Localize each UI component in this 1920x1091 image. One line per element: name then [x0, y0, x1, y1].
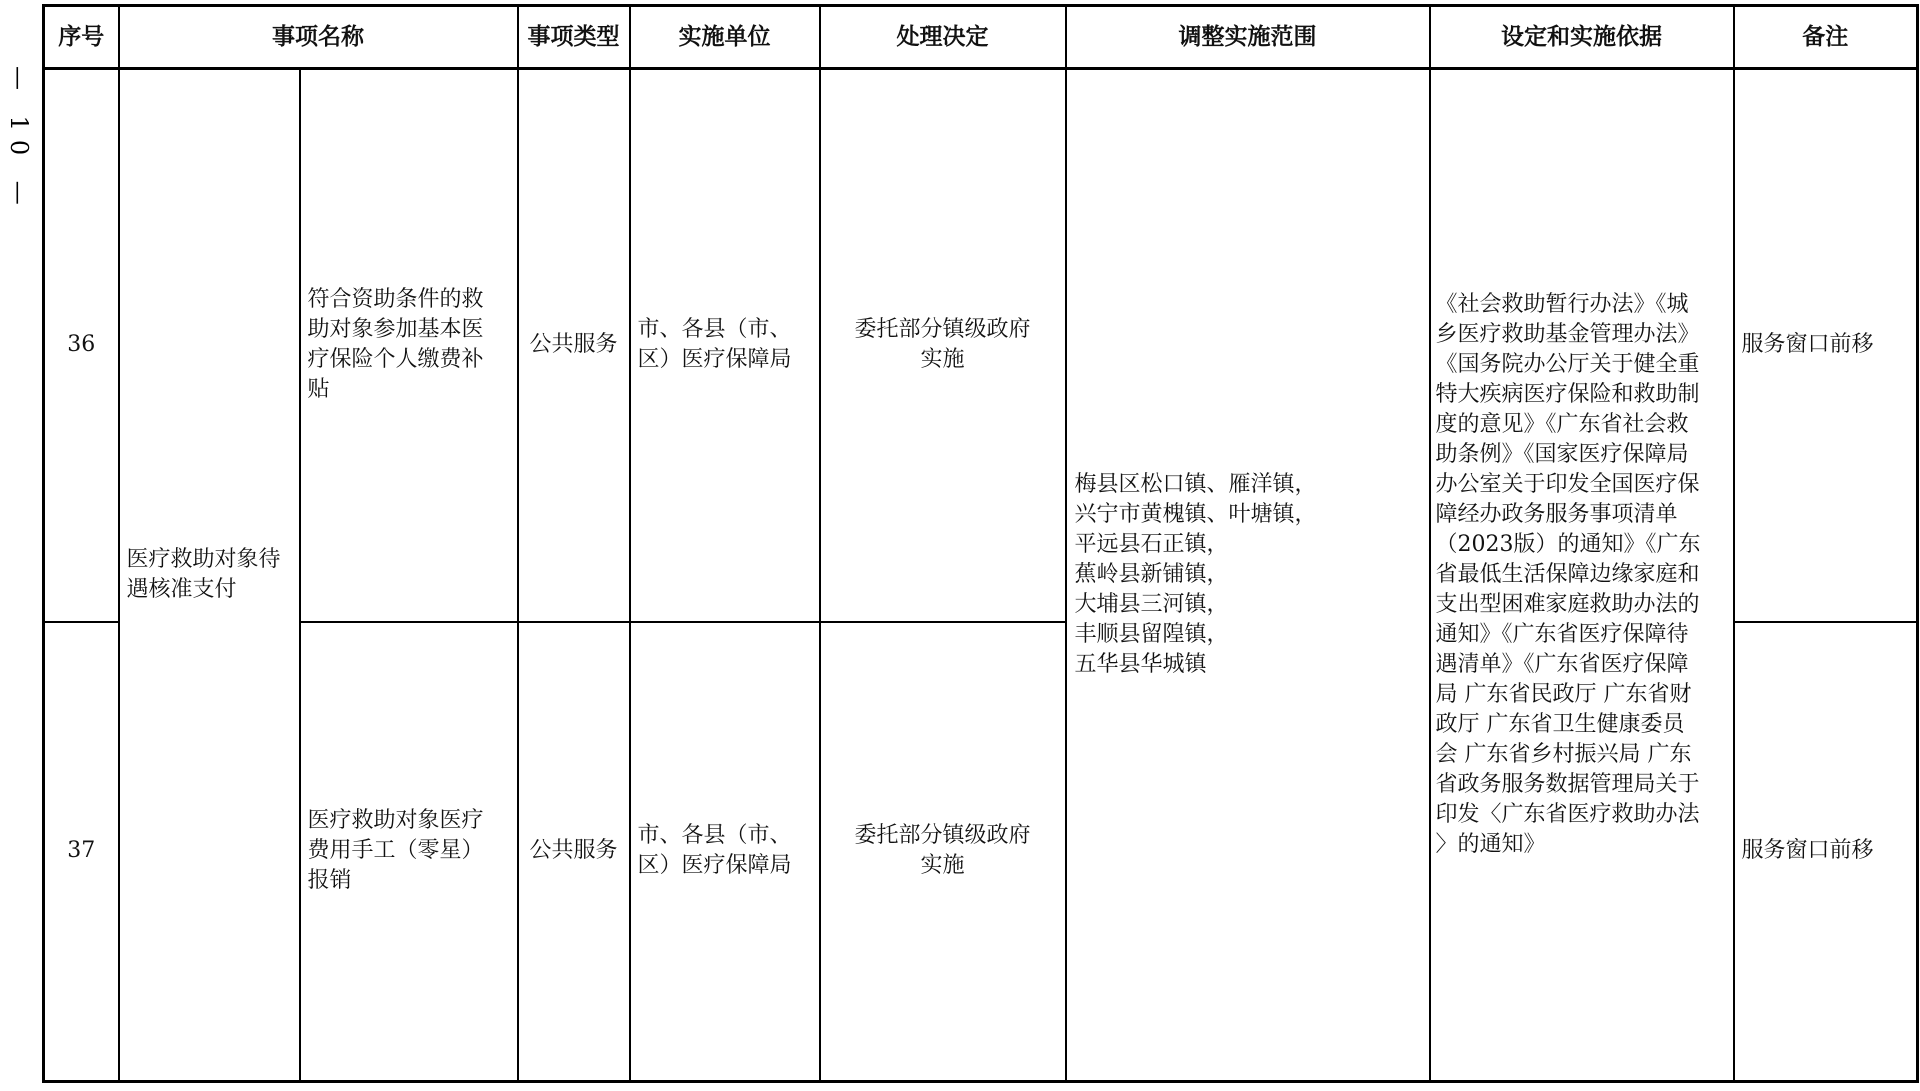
page-number: — 10 — — [5, 66, 33, 214]
cell-name-37: 医疗救助对象医疗 费用手工（零星） 报销 — [300, 622, 518, 1082]
column-header-scope: 调整实施范围 — [1066, 6, 1430, 69]
cell-remark-36: 服务窗口前移 — [1734, 69, 1918, 622]
cell-type-36: 公共服务 — [518, 69, 630, 622]
cell-basis: 《社会救助暂行办法》《城 乡医疗救助基金管理办法》 《国务院办公厅关于健全重 特… — [1430, 69, 1734, 1082]
cell-type-37: 公共服务 — [518, 622, 630, 1082]
cell-name-36: 符合资助条件的救 助对象参加基本医 疗保险个人缴费补 贴 — [300, 69, 518, 622]
table-header: 序号 事项名称 事项类型 实施单位 处理决定 调整实施范围 设定和实施依据 备注 — [44, 6, 1918, 69]
cell-seq-36: 36 — [44, 69, 119, 622]
header-row: 序号 事项名称 事项类型 实施单位 处理决定 调整实施范围 设定和实施依据 备注 — [44, 6, 1918, 69]
cell-unit-37: 市、各县（市、 区）医疗保障局 — [630, 622, 820, 1082]
column-header-type: 事项类型 — [518, 6, 630, 69]
cell-decision-36: 委托部分镇级政府 实施 — [820, 69, 1066, 622]
cell-scope: 梅县区松口镇、雁洋镇， 兴宁市黄槐镇、叶塘镇， 平远县石正镇， 蕉岭县新铺镇， … — [1066, 69, 1430, 1082]
table-row-36: 36 医疗救助对象待 遇核准支付 符合资助条件的救 助对象参加基本医 疗保险个人… — [44, 69, 1918, 622]
approval-items-table: 序号 事项名称 事项类型 实施单位 处理决定 调整实施范围 设定和实施依据 备注… — [42, 4, 1919, 1083]
column-header-unit: 实施单位 — [630, 6, 820, 69]
cell-unit-36: 市、各县（市、 区）医疗保障局 — [630, 69, 820, 622]
column-header-name: 事项名称 — [119, 6, 518, 69]
column-header-decision: 处理决定 — [820, 6, 1066, 69]
document-page: — 10 — 序号 事项名称 事项类型 实施单位 处理决定 调整实施范围 设定和… — [0, 0, 1920, 1091]
cell-name-group: 医疗救助对象待 遇核准支付 — [119, 69, 300, 1082]
column-header-basis: 设定和实施依据 — [1430, 6, 1734, 69]
cell-decision-37: 委托部分镇级政府 实施 — [820, 622, 1066, 1082]
cell-remark-37: 服务窗口前移 — [1734, 622, 1918, 1082]
cell-seq-37: 37 — [44, 622, 119, 1082]
column-header-remark: 备注 — [1734, 6, 1918, 69]
column-header-seq: 序号 — [44, 6, 119, 69]
